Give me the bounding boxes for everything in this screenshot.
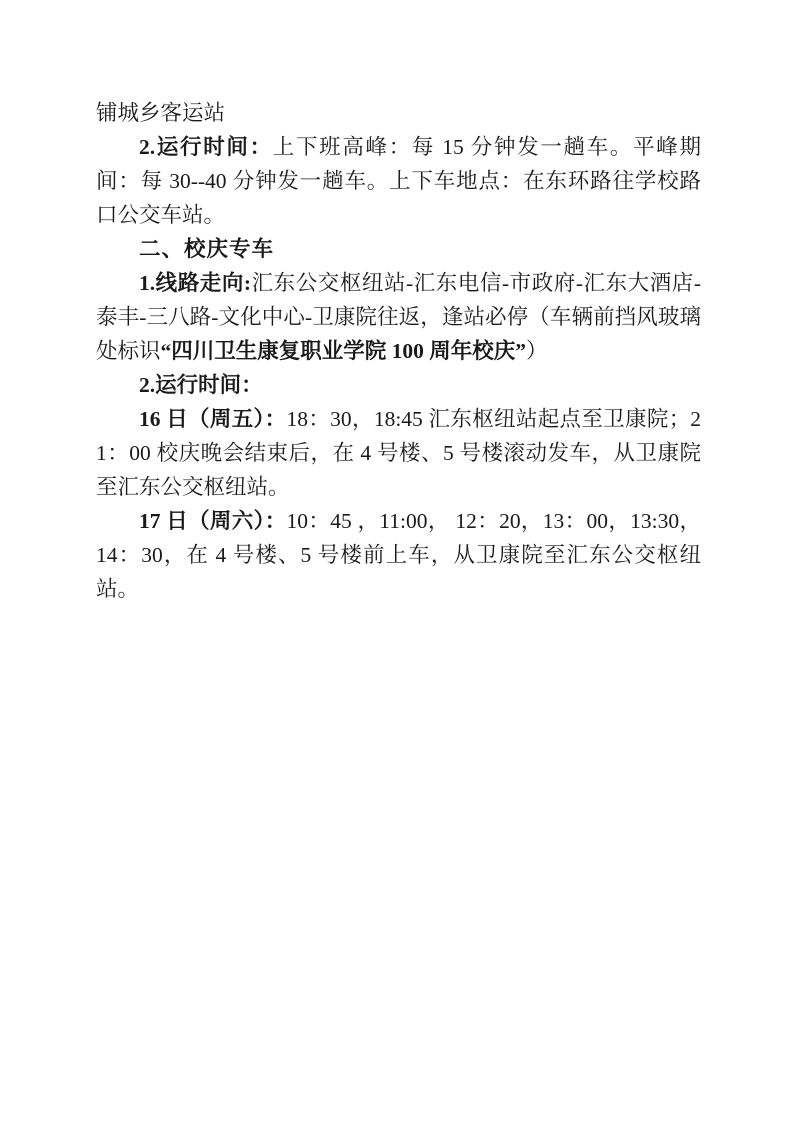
paragraph-terminal-station: 铺城乡客运站 xyxy=(96,96,701,130)
terminal-station-text: 铺城乡客运站 xyxy=(96,101,225,125)
route-closing-paren: ） xyxy=(526,339,548,363)
operating-hours-label: 2.运行时间： xyxy=(139,135,273,159)
schedule-heading-label: 2.运行时间： xyxy=(139,373,263,397)
paragraph-saturday-schedule: 17 日（周六）：10：45 ，11:00， 12：20，13：00，13:30… xyxy=(96,504,701,606)
heading-anniversary-shuttle-text: 二、校庆专车 xyxy=(139,237,274,261)
paragraph-schedule-heading: 2.运行时间： xyxy=(96,368,701,402)
paragraph-friday-schedule: 16 日（周五）：18：30，18:45 汇东枢纽站起点至卫康院；21：00 校… xyxy=(96,402,701,504)
document-content: 铺城乡客运站 2.运行时间：上下班高峰：每 15 分钟发一趟车。平峰期间：每 3… xyxy=(96,96,701,606)
route-label: 1.线路走向: xyxy=(139,271,251,295)
heading-anniversary-shuttle: 二、校庆专车 xyxy=(96,232,701,266)
paragraph-operating-hours-1: 2.运行时间：上下班高峰：每 15 分钟发一趟车。平峰期间：每 30--40 分… xyxy=(96,130,701,232)
friday-label: 16 日（周五）： xyxy=(139,407,286,431)
saturday-label: 17 日（周六）： xyxy=(139,509,287,533)
route-banner-emphasis: “四川卫生康复职业学院 100 周年校庆” xyxy=(161,339,527,363)
paragraph-route: 1.线路走向:汇东公交枢纽站-汇东电信-市政府-汇东大酒店-泰丰-三八路-文化中… xyxy=(96,266,701,368)
document-page: 铺城乡客运站 2.运行时间：上下班高峰：每 15 分钟发一趟车。平峰期间：每 3… xyxy=(0,0,793,1122)
